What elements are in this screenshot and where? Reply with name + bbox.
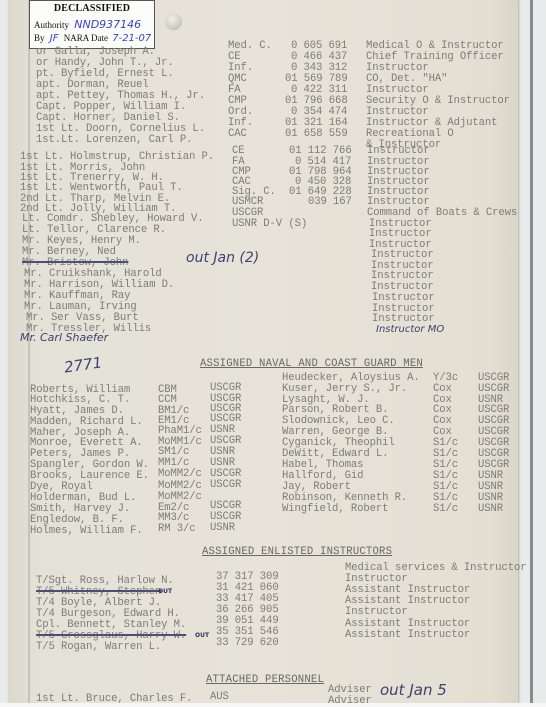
handwritten-out-jan-2: out Jan (2) <box>186 250 259 266</box>
section-heading-enlisted: ASSIGNED ENLISTED INSTRUCTORS <box>202 546 392 558</box>
naval-name: Wingfield, Robert <box>282 504 388 515</box>
stamp-title: DECLASSIFIED <box>30 3 154 14</box>
handwritten-added-name: Mr. Carl Shaefer <box>20 331 108 344</box>
naval-name: Holmes, William F. <box>30 526 143 537</box>
enlisted-duty: Assistant Instructor <box>345 630 470 641</box>
out-mark: OUT <box>195 632 209 639</box>
officer-serial: 039 167 <box>308 197 352 208</box>
officer-serial: 01 658 559 <box>285 129 348 140</box>
naval-service: USNR <box>478 504 503 515</box>
stamp-by-date: By JF NARA Date 7-21-07 <box>34 33 151 44</box>
attached-duty: Adviser <box>328 696 372 707</box>
stamp-nara-date-label: NARA Date <box>64 33 108 43</box>
page-edge <box>530 0 533 707</box>
naval-rate: RM 3/c <box>158 524 196 535</box>
attached-name: 1st Lt. Bruce, Charles F. <box>36 694 192 705</box>
naval-service: USNR <box>210 523 235 534</box>
stamp-by-label: By <box>34 33 45 43</box>
section-heading-naval: ASSIGNED NAVAL AND COAST GUARD MEN <box>200 358 423 370</box>
handwritten-added-duty: Instructor MO <box>376 324 444 335</box>
punch-hole <box>165 13 182 30</box>
page-fold <box>28 0 30 703</box>
naval-rate: MoMM2/c <box>158 469 202 480</box>
attached-branch: AUS <box>210 692 229 703</box>
naval-service: USCGR <box>210 480 241 491</box>
stamp-authority-value: NND937146 <box>74 18 141 31</box>
section-heading-attached: ATTACHED PERSONNEL <box>206 674 324 686</box>
out-mark: OUT <box>158 588 172 595</box>
stamp-by-value: JF <box>50 33 59 44</box>
stamp-authority: Authority NND937146 <box>34 18 141 31</box>
enlisted-duty: Instructor <box>345 607 408 618</box>
officer-branch: CAC <box>228 129 247 140</box>
naval-rate: S1/c <box>433 504 458 515</box>
enlisted-serial: 33 729 620 <box>216 638 279 649</box>
handwritten-out-jan-5: out Jan 5 <box>380 681 447 699</box>
officer-branch: USNR D-V (S) <box>232 219 307 230</box>
enlisted-name: T/5 Rogan, Warren L. <box>36 642 161 653</box>
stamp-nara-date-value: 7-21-07 <box>112 33 151 44</box>
stamp-authority-label: Authority <box>34 20 69 30</box>
declassified-stamp: DECLASSIFIED Authority NND937146 By JF N… <box>29 0 155 49</box>
officer-name: 1st.Lt. Lorenzen, Carl P. <box>36 135 192 146</box>
